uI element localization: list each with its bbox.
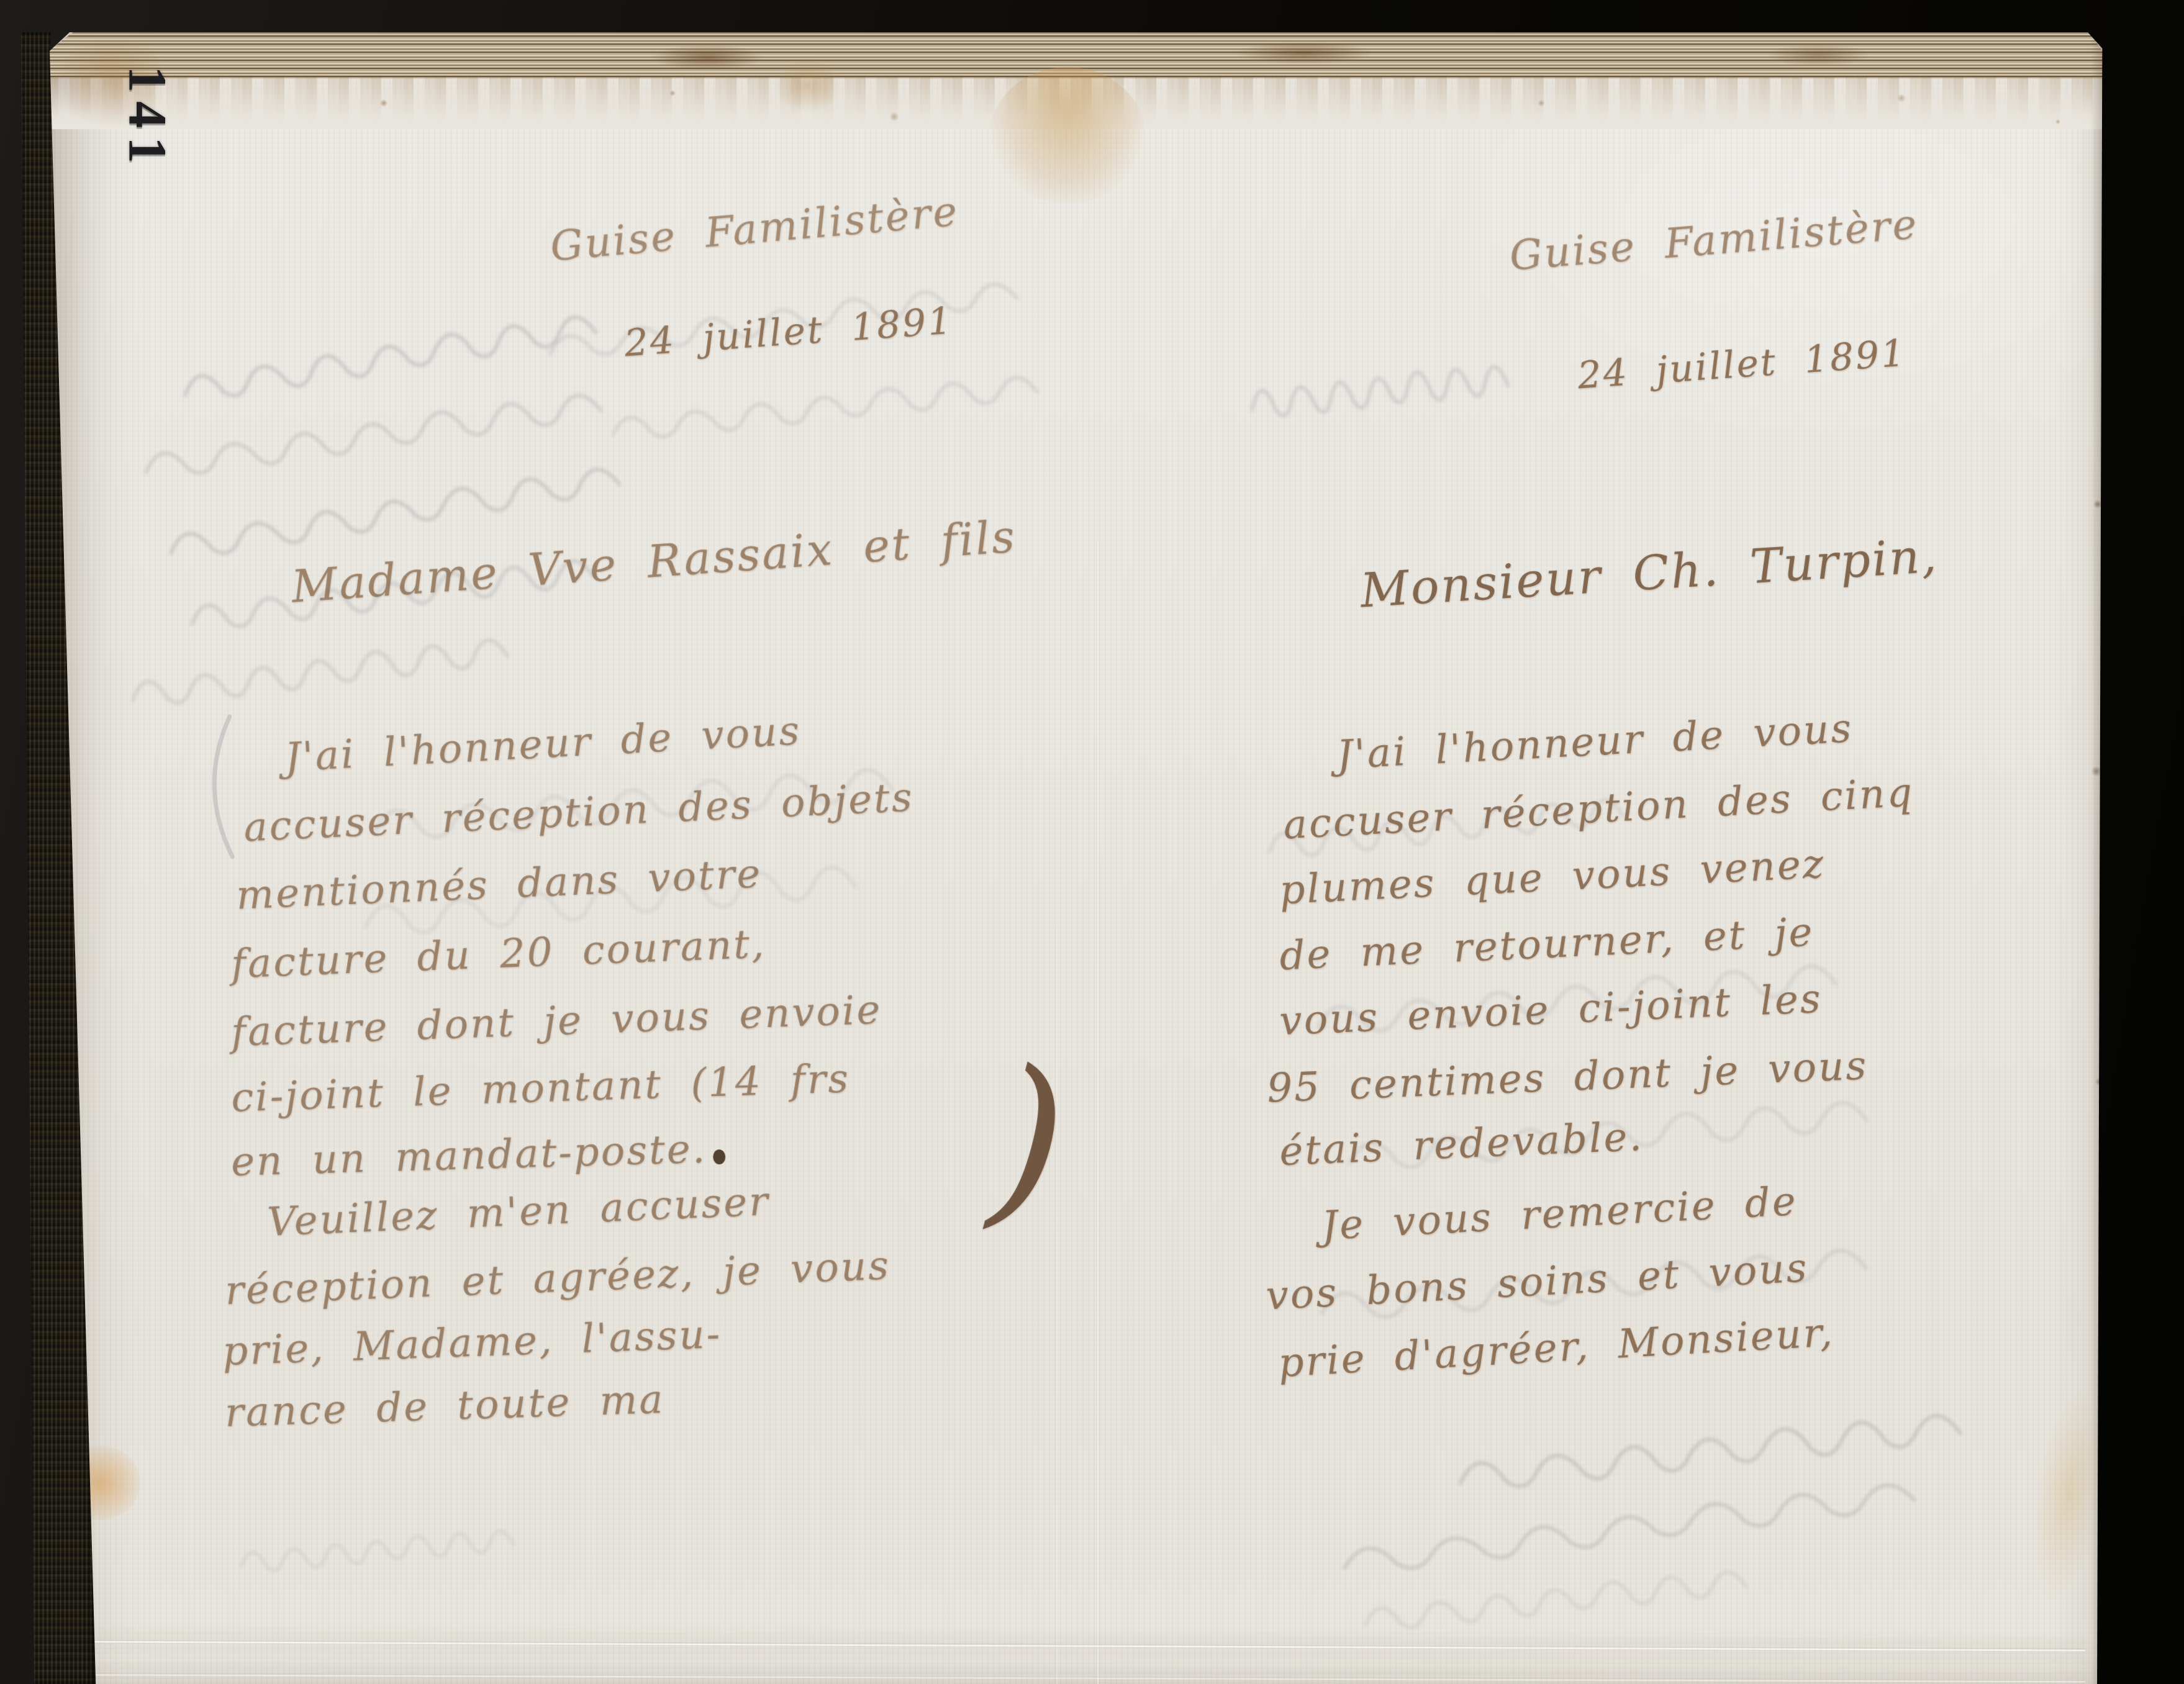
ghost-parenthesis-mark: [196, 712, 240, 861]
tan-stain-small: [774, 57, 842, 113]
vertical-crease: [1097, 541, 1099, 1684]
page-number: 141: [117, 66, 179, 172]
large-closing-parenthesis: ): [985, 1028, 1074, 1250]
page-right-edge: [2090, 32, 2106, 1684]
tan-stain: [990, 67, 1145, 204]
scanned-letterbook-photo: 141 Guise Familistère 24 juillet 1891 Ma…: [0, 0, 2184, 1684]
page-number-stamp: 141: [127, 66, 179, 252]
